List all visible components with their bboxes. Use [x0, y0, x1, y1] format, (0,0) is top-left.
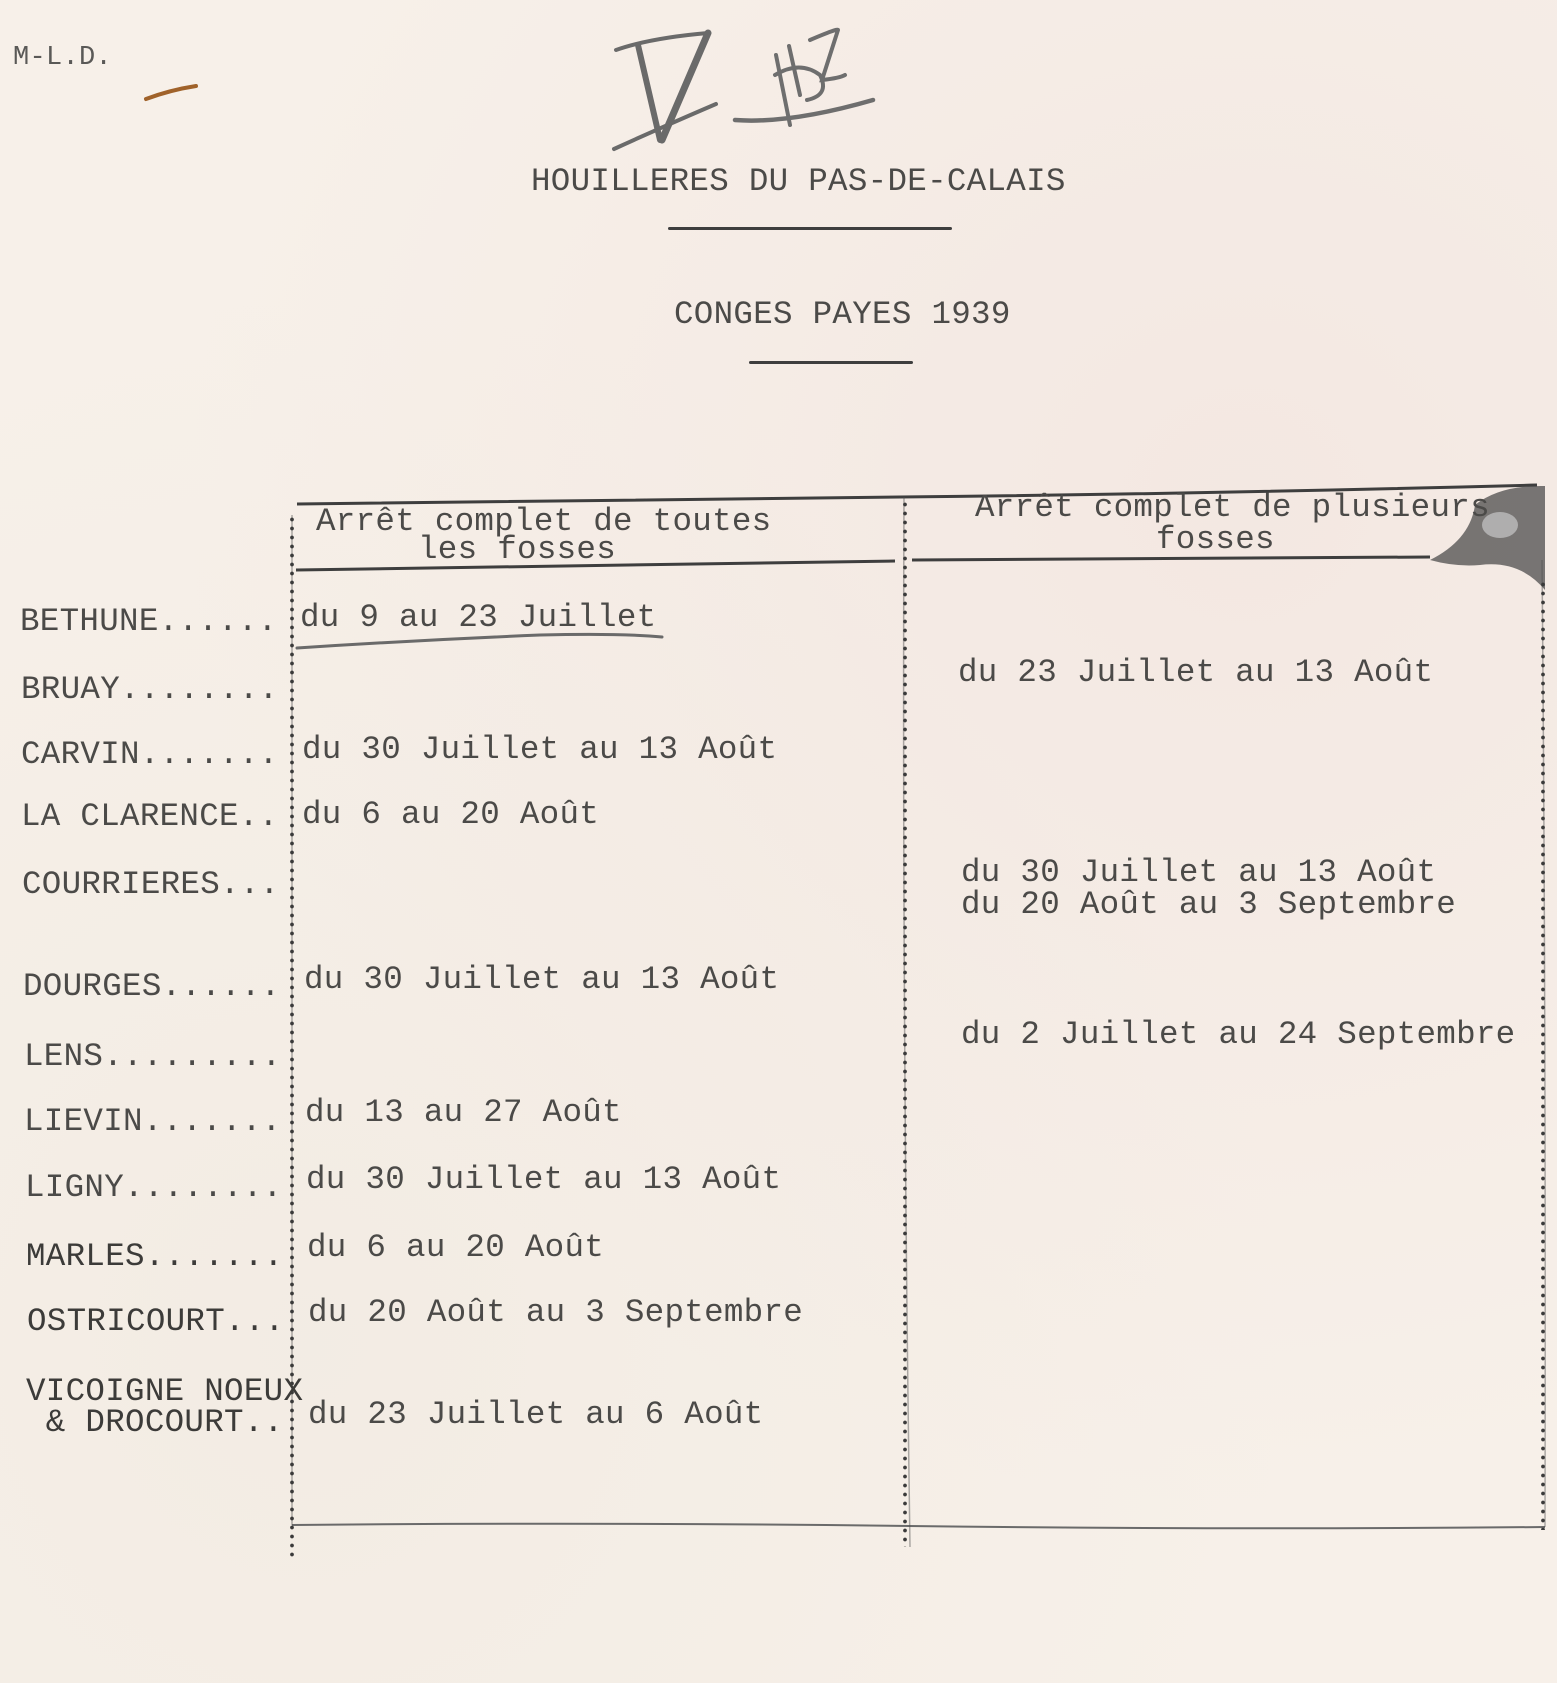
row-label-dourges: DOURGES......	[23, 969, 280, 1005]
document-reference: M-L.D.	[13, 40, 112, 76]
row-label-drocourt: & DROCOURT..	[26, 1405, 283, 1441]
document-subtitle: CONGES PAYES 1939	[674, 297, 1011, 333]
row-label-marles: MARLES.......	[26, 1239, 283, 1275]
middle-border	[903, 500, 907, 1547]
right-border	[1541, 580, 1545, 1530]
cell-all-pits-bethune: du 9 au 23 Juillet	[300, 600, 656, 636]
row-label-bethune: BETHUNE......	[20, 604, 277, 640]
row-label-ostricourt: OSTRICOURT...	[27, 1304, 284, 1340]
cell-several-pits-bruay: du 23 Juillet au 13 Août	[958, 655, 1433, 691]
cell-several-pits-lens: du 2 Juillet au 24 Septembre	[961, 1017, 1516, 1053]
column-header-several-pits-line2: fosses	[1156, 522, 1275, 558]
cell-all-pits-dourges: du 30 Juillet au 13 Août	[304, 962, 779, 998]
cell-all-pits-la-clarence: du 6 au 20 Août	[302, 797, 599, 833]
cell-several-pits-courrieres-2: du 20 Août au 3 Septembre	[961, 887, 1456, 923]
cell-all-pits-ligny: du 30 Juillet au 13 Août	[306, 1162, 781, 1198]
cell-all-pits-ostricourt: du 20 Août au 3 Septembre	[308, 1295, 803, 1331]
column-header-all-pits-line2: les fosses	[418, 532, 616, 568]
row-label-ligny: LIGNY........	[25, 1170, 282, 1206]
cell-all-pits-marles: du 6 au 20 Août	[307, 1230, 604, 1266]
cell-all-pits-lievin: du 13 au 27 Août	[305, 1095, 622, 1131]
row-label-lens: LENS.........	[24, 1039, 281, 1075]
cell-all-pits-carvin: du 30 Juillet au 13 Août	[302, 732, 777, 768]
title-underline	[668, 227, 952, 230]
subtitle-underline	[749, 361, 913, 364]
row-label-carvin: CARVIN.......	[21, 737, 278, 773]
cell-all-pits-vicoigne-drocourt: du 23 Juillet au 6 Août	[308, 1397, 763, 1433]
row-label-lievin: LIEVIN.......	[24, 1104, 281, 1140]
row-label-courrieres: COURRIERES...	[22, 867, 279, 903]
document-title: HOUILLERES DU PAS-DE-CALAIS	[531, 164, 1066, 200]
row-label-bruay: BRUAY........	[21, 672, 278, 708]
row-label-la-clarence: LA CLARENCE..	[21, 799, 278, 835]
